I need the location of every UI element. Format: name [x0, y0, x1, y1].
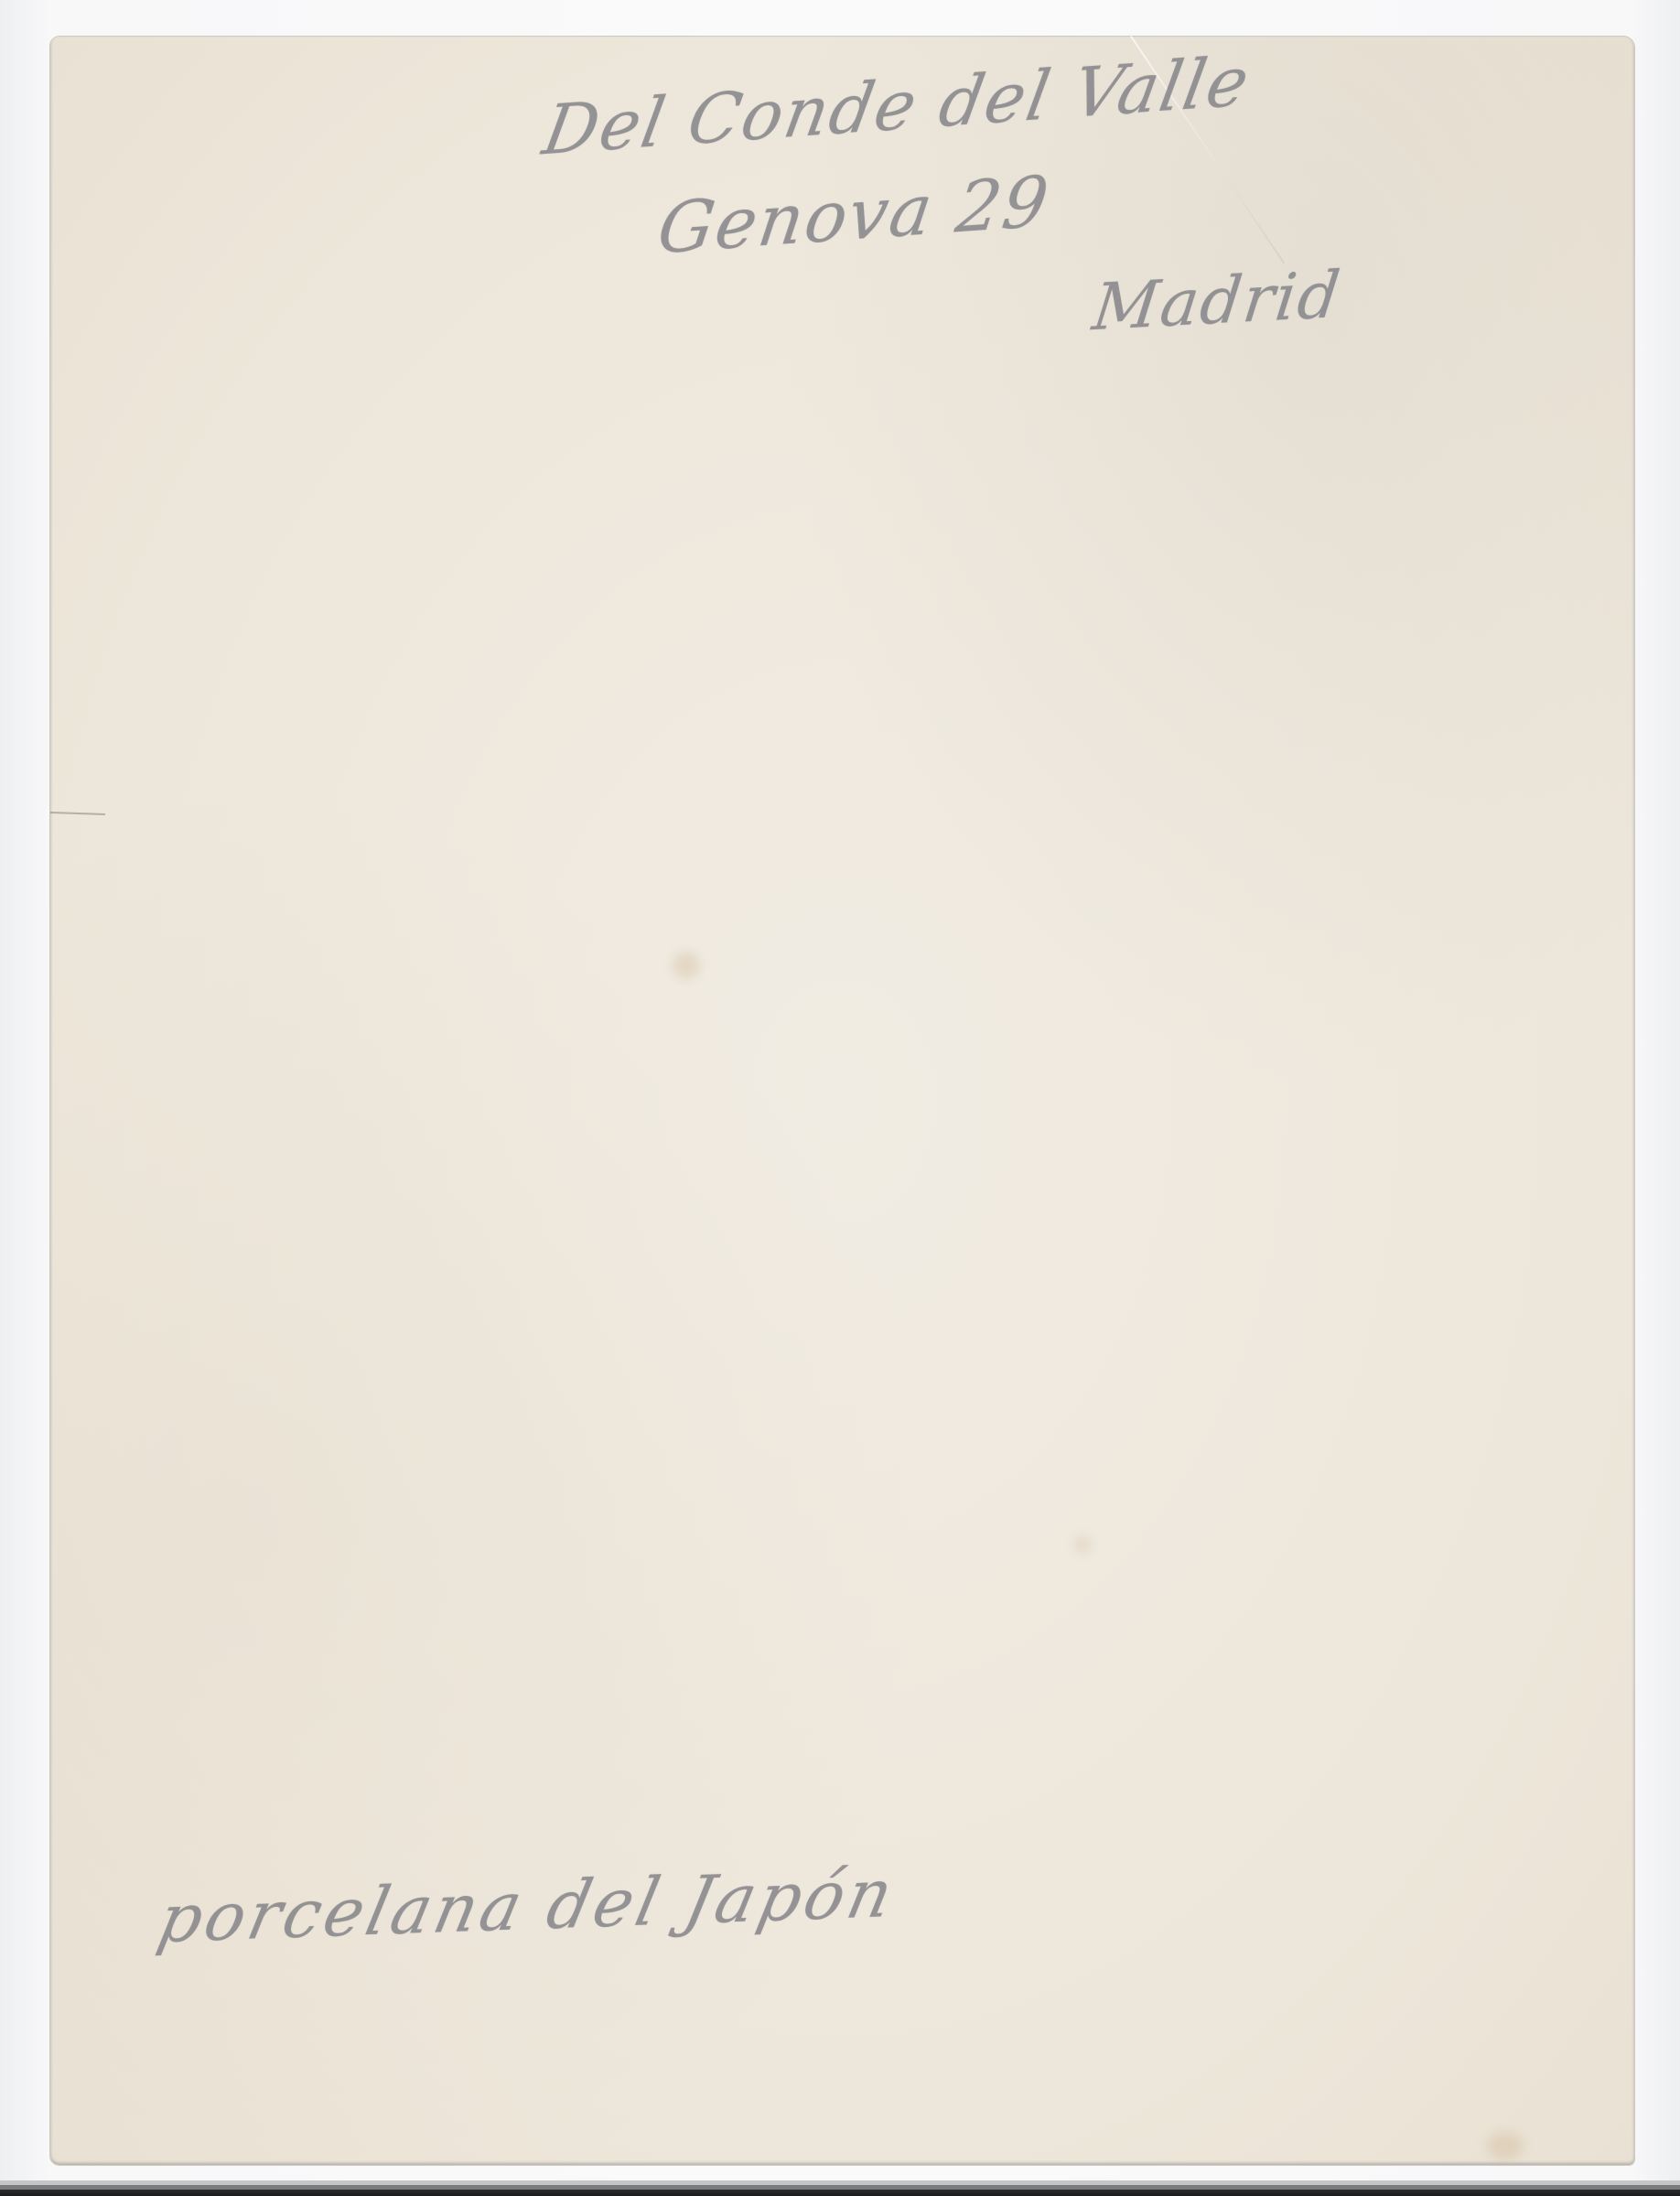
stain-mark	[1075, 1537, 1090, 1552]
scanner-edge-bar	[0, 2180, 1680, 2196]
stain-mark	[673, 952, 700, 979]
handwritten-city: Madrid	[1089, 257, 1346, 346]
stain-mark	[1487, 2132, 1524, 2159]
document-card	[50, 37, 1634, 2165]
